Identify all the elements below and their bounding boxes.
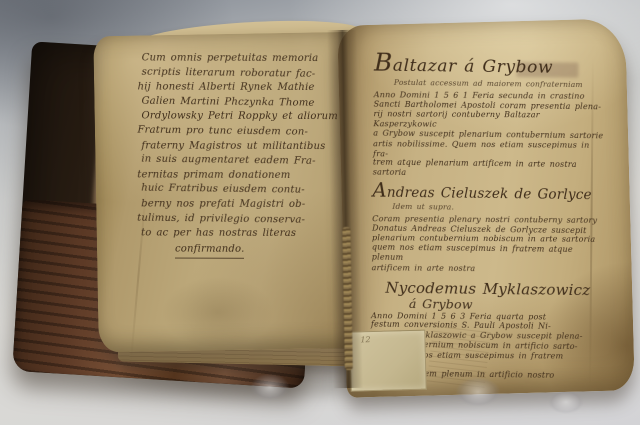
manuscript-line: artificem in arte nostra <box>372 263 604 274</box>
manuscript-line: quem nos etiam suscepimus in fratrem atq… <box>372 243 604 265</box>
entry-subheading: Idem ut supra. <box>392 202 604 214</box>
pencil-page-number: 12 <box>360 334 424 345</box>
manuscript-line-underlined: confirmando. <box>175 242 245 259</box>
manuscript-line: Fratrum pro tunc eiusdem con- <box>137 123 341 140</box>
manuscript-line: rij nostri sartorij contuberny Baltazar … <box>373 110 605 131</box>
manuscript-line: Ordylowsky Petri Roppky et aliorum <box>141 110 341 125</box>
right-page: Baltazar á Grybow Postulat accessum ad m… <box>337 18 635 397</box>
entry-heading: Baltazar á Grybow <box>374 53 606 79</box>
manuscript-line: berny nos prefati Magistri ob- <box>141 197 341 212</box>
left-page-text: Cum omnis perpetuitas memoria scriptis l… <box>141 51 342 259</box>
manuscript-line: Galien Martini Phczynka Thome <box>141 94 341 111</box>
manuscript-line: tulimus, id privilegio conserva- <box>137 211 341 228</box>
entry-paragraph: Coram presentia plenary nostri contubern… <box>372 213 605 275</box>
manuscript-line: Anno Domini 1 5 6 3 Feria quarta post <box>371 311 603 322</box>
manuscript-line: huic Fratribus eiusdem contu- <box>141 182 341 199</box>
entry-subheading: Postulat accessum ad maiorem confraterni… <box>394 78 606 90</box>
manuscript-line: in suis augmentaret eadem Fra- <box>141 153 341 170</box>
manuscript-line: Coram presentia plenary nostri contubern… <box>372 214 604 225</box>
manuscript-line: Cum omnis perpetuitas memoria <box>142 51 342 66</box>
left-page: Cum omnis perpetuitas memoria scriptis l… <box>93 32 364 353</box>
manuscript-line: to ac per has nostras literas <box>141 227 341 242</box>
manuscript-line: artis nobilissime. Quem nos etiam suscep… <box>373 139 605 160</box>
manuscript-line: Anno Domini 1 5 6 1 Feria secunda in cra… <box>374 90 606 101</box>
frayed-page-stubs <box>342 227 352 370</box>
entry-paragraph: Anno Domini 1 5 6 1 Feria secunda in cra… <box>373 89 606 180</box>
manuscript-line: trem atque plenarium artificem in arte n… <box>373 158 605 180</box>
manuscript-line: hij honesti Alberti Rynek Mathie <box>138 81 342 96</box>
photo-scene: Cum omnis perpetuitas memoria scriptis l… <box>0 0 640 425</box>
entry-heading: Andreas Cieluszek de Gorlyce <box>372 182 604 203</box>
faint-text-impression <box>427 326 491 388</box>
book-gutter <box>327 30 363 388</box>
manuscript-line: scriptis literarum roboratur fac- <box>142 65 342 82</box>
